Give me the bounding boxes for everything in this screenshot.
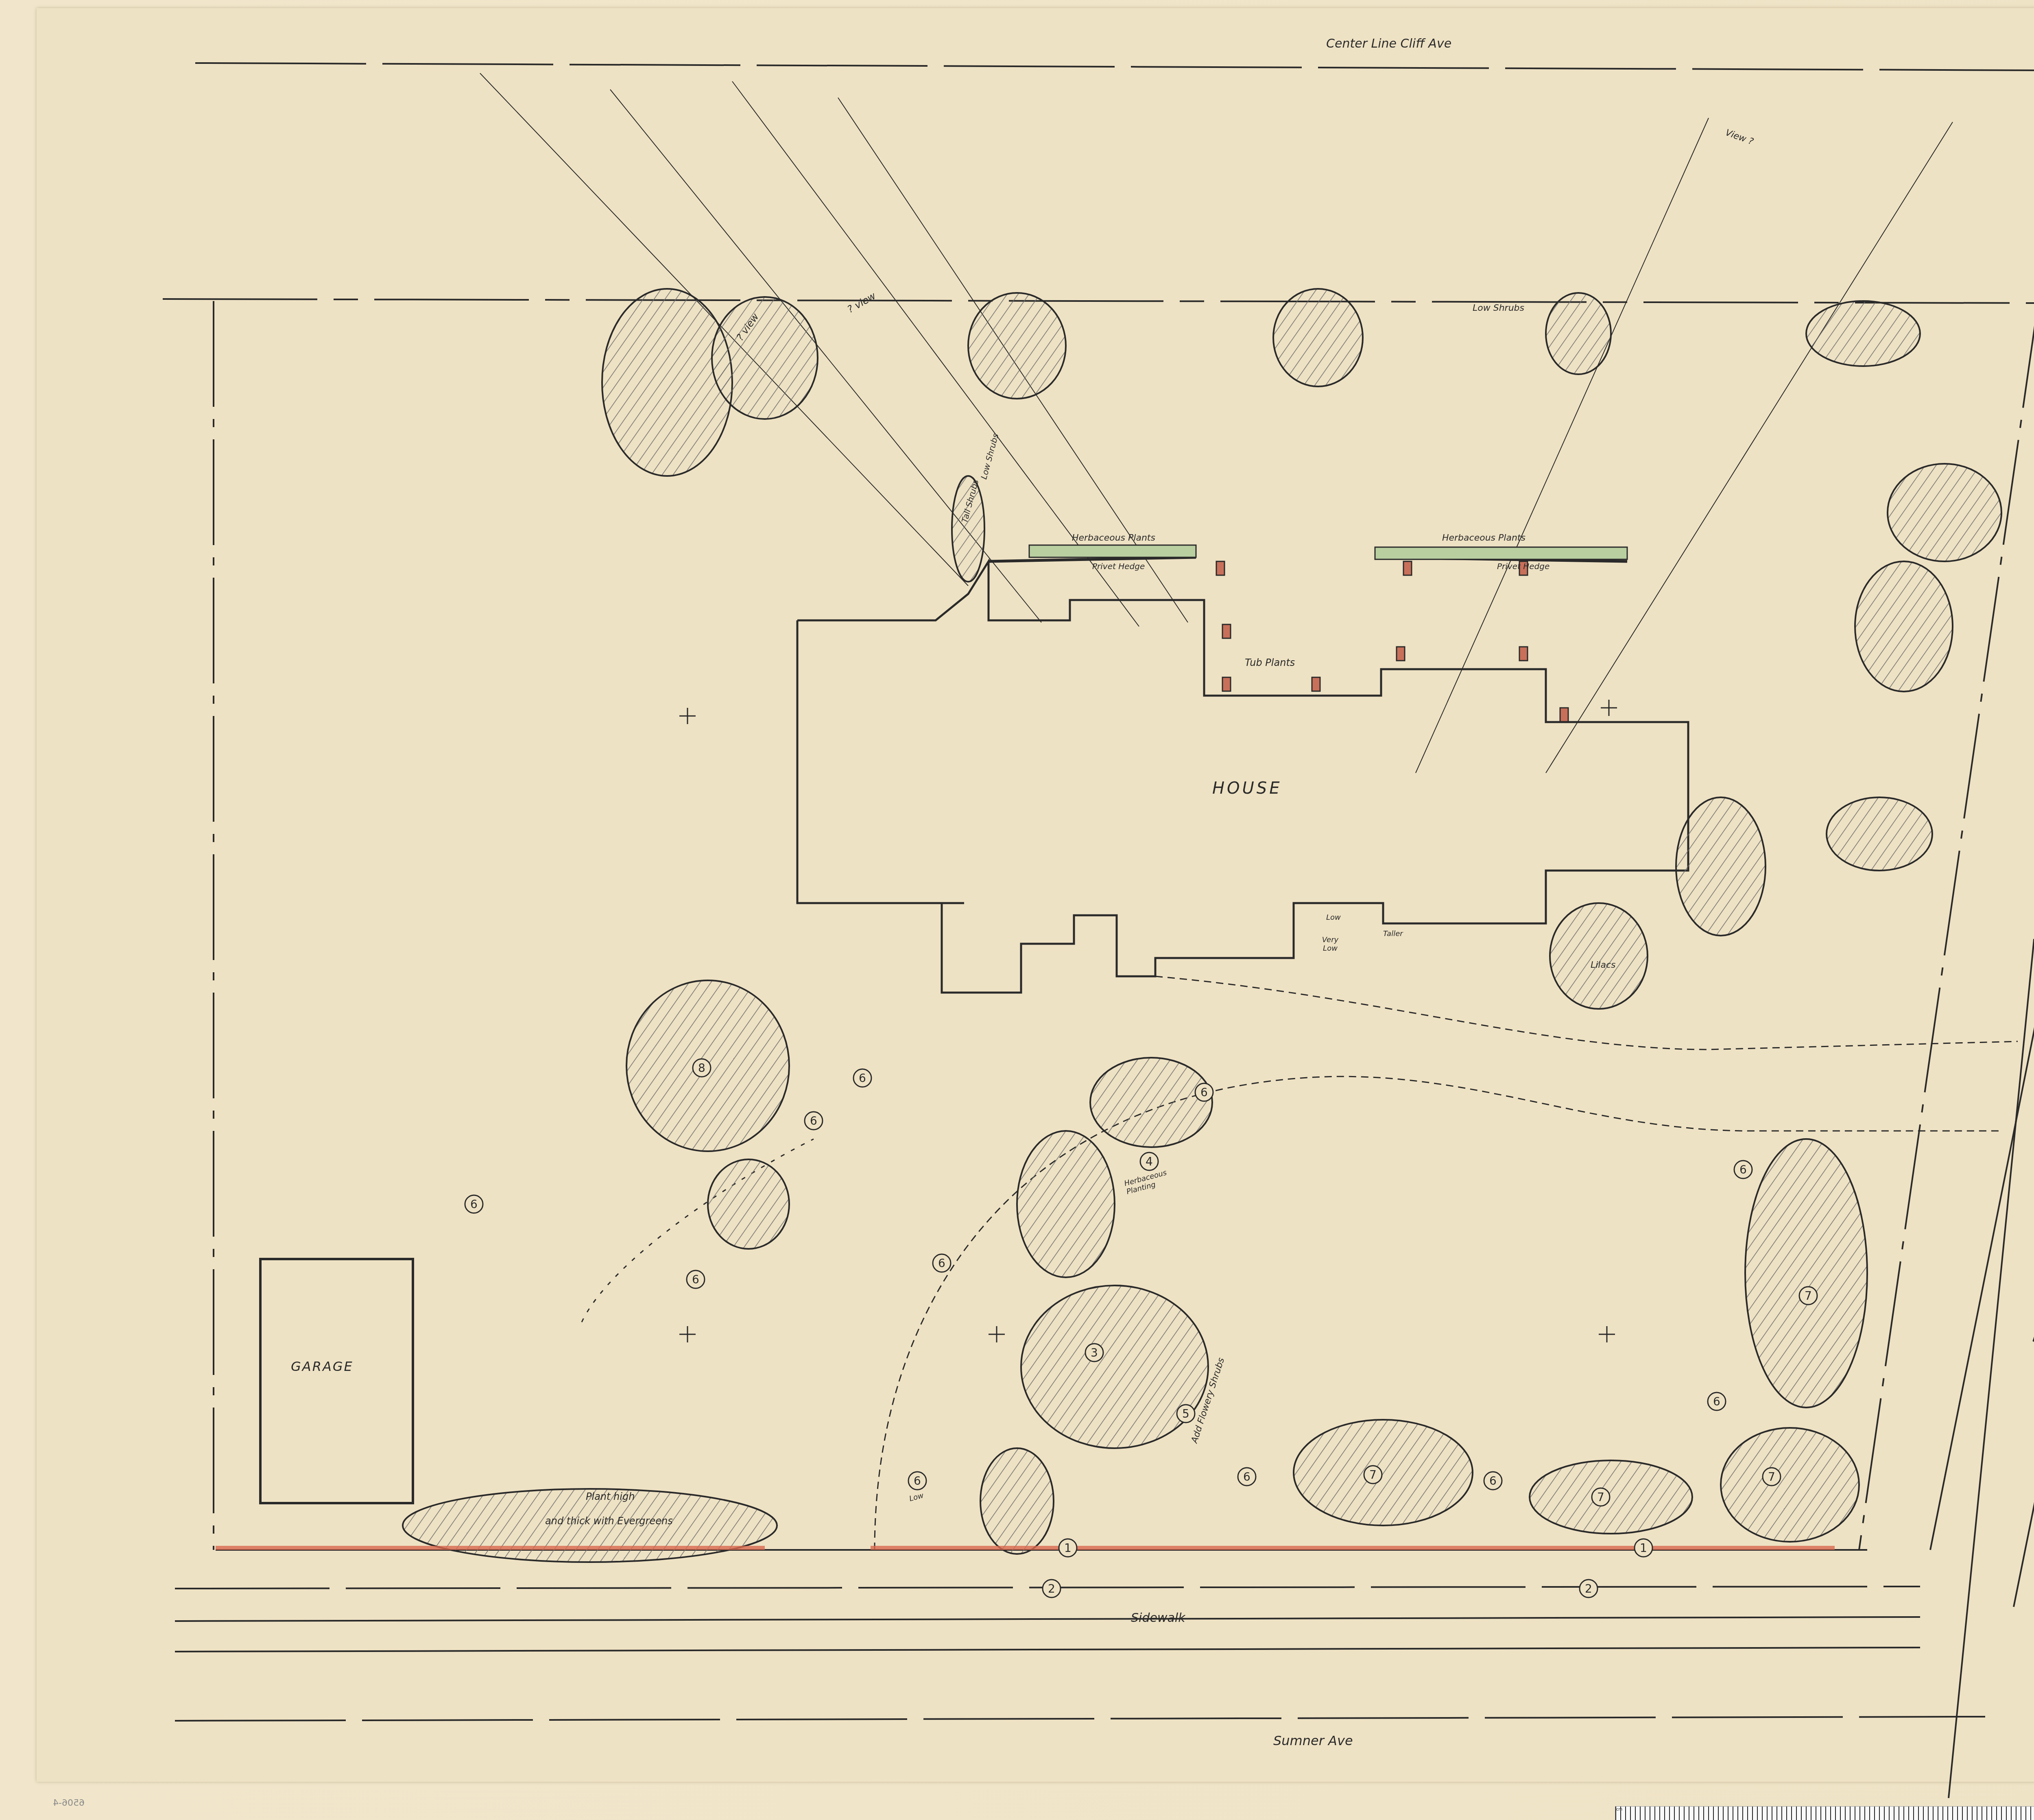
garage-label: GARAGE [291, 1359, 354, 1374]
herbaceous-plants-label-1: Herbaceous Plants [1072, 533, 1155, 543]
plant-key-number: 6 [692, 1273, 699, 1286]
plant-key-number: 6 [1243, 1470, 1251, 1484]
plant-key-number: 8 [698, 1061, 705, 1075]
plant-key-number: 7 [1369, 1468, 1377, 1482]
scale-ruler: cm [1615, 1806, 2034, 1820]
tub-plants-label: Tub Plants [1245, 657, 1295, 668]
plant-key-number: 4 [1146, 1155, 1153, 1168]
house-outline [797, 561, 1688, 993]
plant-key-number: 6 [859, 1071, 866, 1085]
plant-key-number: 1 [1640, 1541, 1647, 1555]
plant-key-number: 6 [1739, 1163, 1747, 1176]
ruler-label: cm [1616, 1807, 1622, 1812]
plant-key-number: 1 [1064, 1541, 1072, 1555]
sumner-ave-label: Sumner Ave [1273, 1733, 1353, 1748]
plant-key-number: 6 [1200, 1086, 1208, 1099]
low-label: Low [1326, 913, 1341, 922]
house-label: HOUSE [1212, 779, 1282, 798]
lilacs-label: Lilacs [1591, 960, 1616, 970]
mirrored-file-note: 6506-4 [53, 1798, 85, 1808]
cliff-ave-centerline [195, 63, 2034, 71]
plant-key-number: 7 [1805, 1289, 1812, 1303]
taller-label: Taller [1383, 930, 1403, 938]
plant-key-number: 6 [1713, 1395, 1720, 1408]
plant-key-number: 6 [938, 1257, 945, 1270]
sidewalk-label: Sidewalk [1131, 1611, 1185, 1625]
plant-key-number: 5 [1182, 1407, 1189, 1421]
herbaceous-plants-label-2: Herbaceous Plants [1442, 533, 1525, 543]
site-plan-drawing: 86666643566676776761122 [0, 0, 2034, 1820]
plant-key-number: 7 [1597, 1490, 1604, 1504]
plant-key-number: 2 [1585, 1582, 1592, 1595]
plant-key-number: 6 [914, 1474, 921, 1488]
evergreens-label-2: and thick with Evergreens [545, 1515, 673, 1527]
garage-outline [260, 1259, 413, 1503]
plant-key-number: 3 [1091, 1346, 1098, 1360]
plant-key-number: 6 [470, 1198, 478, 1211]
plant-key-number: 2 [1048, 1582, 1055, 1595]
plant-key-number: 6 [810, 1114, 817, 1128]
plant-key-number: 6 [1489, 1474, 1497, 1488]
privet-hedge-label-2: Privet Hedge [1497, 561, 1550, 571]
evergreens-label-1: Plant high [586, 1491, 635, 1502]
cliff-ave-label: Center Line Cliff Ave [1326, 37, 1451, 51]
plant-key-number: 7 [1768, 1470, 1775, 1484]
low-shrubs-label: Low Shrubs [1473, 303, 1524, 313]
privet-hedge-label-1: Privet Hedge [1092, 561, 1145, 571]
very-low-label: Very Low [1318, 936, 1342, 953]
